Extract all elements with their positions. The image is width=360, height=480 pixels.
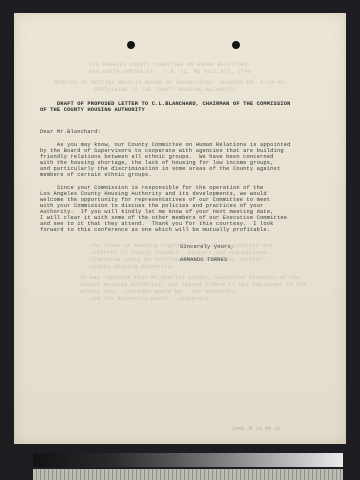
ghost-header-line: MINUTES OF MEETING HELD IN BOARD OF SUPE…	[54, 80, 287, 86]
salutation: Dear Mr.Blanchard:	[40, 129, 101, 135]
measurement-ruler	[33, 469, 343, 480]
paragraph-line: forward to this conference as one which …	[40, 227, 270, 233]
ghost-line: ...County Housing Authority.	[80, 264, 175, 270]
ghost-header-line: 808 NORTH SPRING ST., L.A. 12, MU 9211 E…	[89, 69, 251, 75]
ghost-line: ...and the Authority would...cooperate..…	[80, 296, 219, 302]
ghost-line: ...referred to County Counsel...matters …	[80, 250, 276, 256]
ghost-line: ...Committee would be notified and...Aut…	[80, 257, 273, 263]
paragraph-line: members of certain ethnic groups.	[40, 172, 152, 178]
ghost-line: effect that...persons would be...the Aut…	[80, 289, 246, 295]
letter-title: OF THE COUNTY HOUSING AUTHORITY	[40, 107, 145, 113]
ghost-header-line: PERTAINING TO THE COUNTY HOUSING AUTHORI…	[94, 87, 236, 93]
signature: ARMANDO TORRES	[180, 257, 227, 263]
ghost-header-line: LOS ANGELES COUNTY COMMITTEE ON HUMAN RE…	[89, 62, 248, 68]
document-page: LOS ANGELES COUNTY COMMITTEE ON HUMAN RE…	[14, 13, 346, 444]
ghost-line: County Housing Authority, had issued ord…	[80, 282, 306, 288]
ghost-line: It was reported that Mr.Neville Snyder, …	[80, 275, 300, 281]
punch-hole-icon	[232, 41, 240, 49]
date-stamp: 1949 JE 14 AM 10	[232, 426, 280, 432]
punch-hole-icon	[127, 41, 135, 49]
grayscale-calibration-strip	[33, 453, 343, 467]
